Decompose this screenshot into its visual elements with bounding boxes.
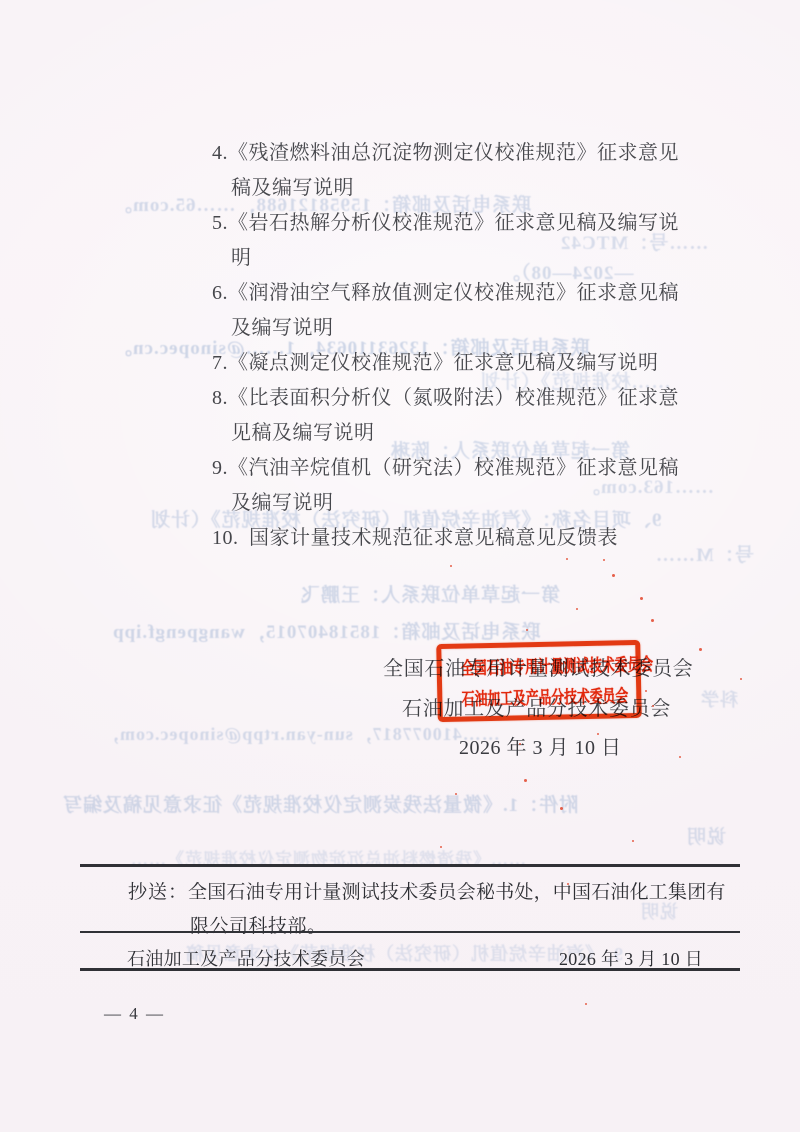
list-item-line: 4.《残渣燃料油总沉淀物测定仪校准规范》征求意见: [212, 136, 712, 171]
ink-speckle: [645, 690, 647, 692]
cc-recipients-line-1: 全国石油专用计量测试技术委员会秘书处，中国石油化工集团有: [188, 877, 726, 904]
signature-date: 2026 年 3 月 10 日: [459, 731, 622, 760]
ink-speckle: [612, 574, 615, 577]
bleedthrough-line: 第一起草单位联系人：王鹏飞: [300, 580, 560, 607]
ink-speckle: [440, 846, 442, 848]
list-item-line: 8.《比表面积分析仪（氮吸附法）校准规范》征求意: [212, 381, 712, 416]
ink-speckle: [740, 678, 742, 680]
list-item-line: 6.《润滑油空气释放值测定仪校准规范》征求意见稿: [212, 276, 712, 311]
list-item-line: 及编写说明: [212, 311, 712, 346]
ink-speckle: [585, 1003, 587, 1005]
list-item-line: 10. 国家计量技术规范征求意见稿意见反馈表: [212, 521, 712, 556]
ink-speckle: [450, 565, 452, 567]
footer-divider-bottom: [80, 968, 740, 971]
ink-speckle: [576, 608, 578, 610]
bleedthrough-line: 科学: [700, 686, 738, 712]
page-number: — 4 —: [104, 1004, 165, 1024]
list-item-line: 见稿及编写说明: [212, 416, 712, 451]
ink-speckle: [455, 793, 457, 795]
list-item-line: 及编写说明: [212, 486, 712, 521]
stamp-text-line-1: 全国石油专用计量测试技术委员会: [461, 652, 617, 681]
ink-speckle: [567, 883, 569, 885]
ink-speckle: [651, 619, 654, 622]
scanned-document-page: ……《残渣燃料油总沉淀物测定仪校准规范》……联系电话及邮箱：1595812168…: [0, 0, 800, 1132]
footer-divider-top: [80, 864, 740, 867]
ink-speckle: [640, 597, 643, 600]
ink-speckle: [699, 648, 702, 651]
ink-speckle: [519, 743, 521, 745]
stamp-text-line-2: 石油加工及产品分技术委员会: [461, 682, 617, 711]
ink-speckle: [524, 779, 527, 782]
ink-speckle: [597, 733, 599, 735]
list-item-line: 7.《凝点测定仪校准规范》征求意见稿及编写说明: [212, 346, 712, 381]
ink-speckle: [566, 558, 568, 560]
cc-label: 抄送：: [128, 877, 188, 904]
bleedthrough-line: 附件：1.《微量法残炭测定仪校准规范》征求意见稿及编写: [62, 790, 578, 817]
bleedthrough-line: 说明: [686, 822, 726, 849]
bleedthrough-line: ……410077817，sun-yan.rtpp@sinopec.com，: [100, 720, 500, 746]
red-seal-stamp: 全国石油专用计量测试技术委员会 石油加工及产品分技术委员会: [436, 640, 642, 722]
ink-speckle: [652, 705, 654, 707]
footer-divider-middle: [80, 931, 740, 933]
list-item-line: 5.《岩石热解分析仪校准规范》征求意见稿及编写说: [212, 206, 712, 241]
ink-speckle: [603, 559, 605, 561]
attachment-list: 4.《残渣燃料油总沉淀物测定仪校准规范》征求意见稿及编写说明5.《岩石热解分析仪…: [212, 136, 712, 556]
cc-recipients-line-2: 限公司科技部。: [190, 911, 327, 938]
list-item-line: 9.《汽油辛烷值机（研究法）校准规范》征求意见稿: [212, 451, 712, 486]
list-item-line: 明: [212, 241, 712, 276]
ink-speckle: [526, 629, 528, 631]
list-item-line: 稿及编写说明: [212, 171, 712, 206]
ink-speckle: [560, 807, 563, 810]
ink-speckle: [632, 840, 634, 842]
ink-speckle: [679, 756, 681, 758]
bleedthrough-line: 联系电话及邮箱：18518407015，wangpengf.ipp: [112, 617, 540, 644]
